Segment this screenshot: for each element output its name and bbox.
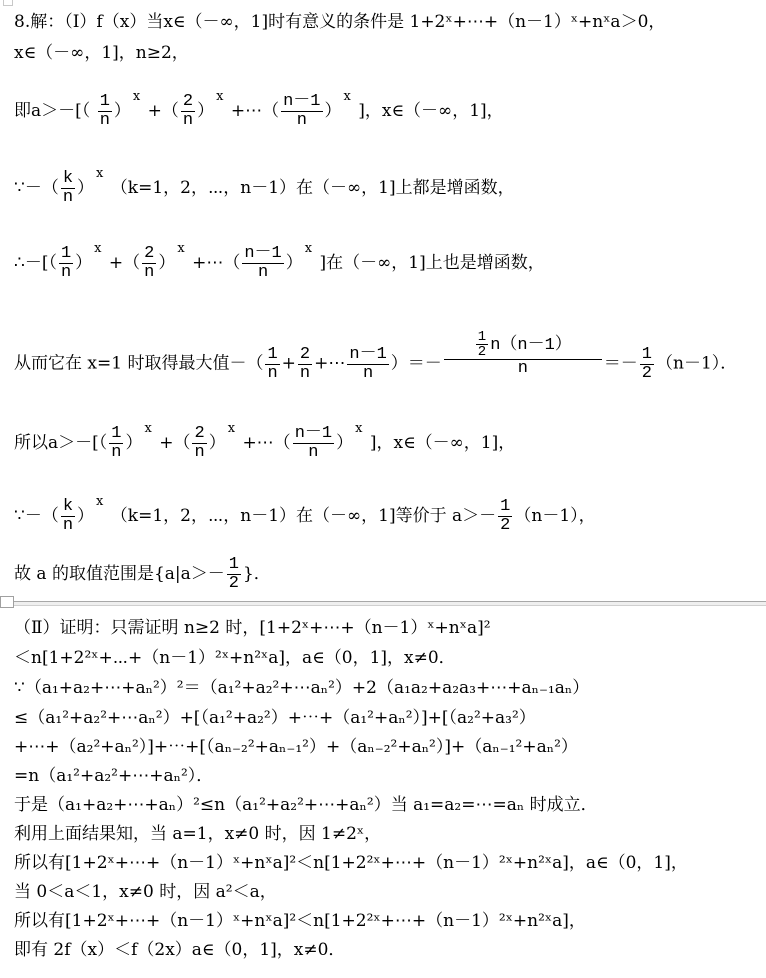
part2-line3: ∵（a₁+a₂+⋯+aₙ²）²＝（a₁²+a₂²+⋯aₙ²）+2（a₁a₂+a₂…: [14, 678, 589, 698]
fraction-2-over-n: 2n: [142, 245, 156, 282]
fraction-n-1-over-n: n－1n: [281, 93, 322, 130]
table-move-handle-icon[interactable]: [0, 596, 14, 608]
part1-line9: 故 a 的取值范围是{a|a＞－12}．: [14, 556, 271, 593]
fraction-2-over-n: 2n: [298, 346, 312, 383]
part1-line6: 从而它在 x=1 时取得最大值－（1n+2n+⋯n－1n）＝－12n（n－1）n…: [14, 340, 737, 388]
fraction-k-over-n: kn: [61, 170, 75, 207]
fraction-big: 12n（n－1）n: [444, 330, 602, 378]
part2-line1: （Ⅱ）证明：只需证明 n≥2 时，[1+2ˣ+⋯+（n－1）ˣ+nˣa]²: [14, 618, 491, 638]
section-divider: [0, 601, 766, 606]
fraction-1-over-n: 1n: [265, 346, 279, 383]
part1-line7: 所以a＞－[（1n）x +（2n）x +⋯（n－1n）x ]，x∈（－∞，1]，: [14, 425, 515, 462]
part1-line1: 8.解：（Ⅰ）f（x）当x∈（－∞，1]时有意义的条件是 1+2ˣ+⋯+（n－1…: [14, 12, 665, 32]
fraction-1-over-n: 1n: [98, 93, 112, 130]
part2-line12: 即有 2f（x）＜f（2x）a∈（0，1]，x≠0．: [14, 940, 345, 960]
part2-line2: ＜n[1+2²ˣ+⋯+（n－1）²ˣ+n²ˣa]，a∈（0，1]，x≠0．: [14, 648, 456, 668]
part2-line7: 于是（a₁+a₂+⋯+aₙ）²≤n（a₁²+a₂²+⋯+aₙ²）当 a₁=a₂=…: [14, 795, 598, 815]
part1-line8: ∵－（kn）x （k=1，2，⋯，n－1）在（－∞，1]等价于 a＞－12（n－…: [14, 498, 596, 535]
part2-line10: 当 0＜a＜1，x≠0 时，因 a²＜a，: [14, 882, 277, 902]
fraction-1-over-n: 1n: [59, 245, 73, 282]
fraction-2-over-n: 2n: [181, 93, 195, 130]
part2-line8: 利用上面结果知，当 a=1，x≠0 时，因 1≠2ˣ，: [14, 824, 381, 844]
fraction-one-half: 12: [498, 498, 512, 535]
part2-line5: +⋯+（a₂²+aₙ²）]+⋯+[（aₙ₋₂²+aₙ₋₁²）+（aₙ₋₂²+aₙ…: [14, 737, 578, 757]
part2-line6: =n（a₁²+a₂²+⋯+aₙ²）．: [14, 766, 213, 786]
part1-line2: x∈（－∞，1]，n≥2，: [14, 43, 189, 63]
fraction-k-over-n: kn: [61, 498, 75, 535]
anchor-mark-icon: [3, 0, 13, 6]
part1-line4: ∵－（kn）x （k=1，2，⋯，n－1）在（－∞，1]上都是增函数，: [14, 170, 515, 207]
fraction-one-half: 12: [640, 346, 654, 383]
text: 即a＞－[（: [14, 101, 90, 121]
part1-line3: 即a＞－[（ 1n）x +（2n）x +⋯（n－1n）x ]，x∈（－∞，1]，: [14, 93, 504, 130]
fraction-n-1-over-n: n－1n: [242, 245, 283, 282]
part2-line9: 所以有[1+2ˣ+⋯+（n－1）ˣ+nˣa]²＜n[1+2²ˣ+⋯+（n－1）²…: [14, 853, 688, 873]
part2-line11: 所以有[1+2ˣ+⋯+（n－1）ˣ+nˣa]²＜n[1+2²ˣ+⋯+（n－1）²…: [14, 911, 586, 931]
fraction-n-1-over-n: n－1n: [347, 346, 388, 383]
fraction-1-over-n: 1n: [109, 425, 123, 462]
part1-line5: ∴－[（1n）x +（2n）x +⋯（n－1n）x ]在（－∞，1]上也是增函数…: [14, 245, 545, 282]
part2-line4: ≤（a₁²+a₂²+⋯aₙ²）+[（a₁²+a₂²）+⋯+（a₁²+aₙ²）]+…: [14, 708, 536, 728]
fraction-n-1-over-n: n－1n: [293, 425, 334, 462]
fraction-2-over-n: 2n: [192, 425, 206, 462]
fraction-one-half: 12: [227, 556, 241, 593]
